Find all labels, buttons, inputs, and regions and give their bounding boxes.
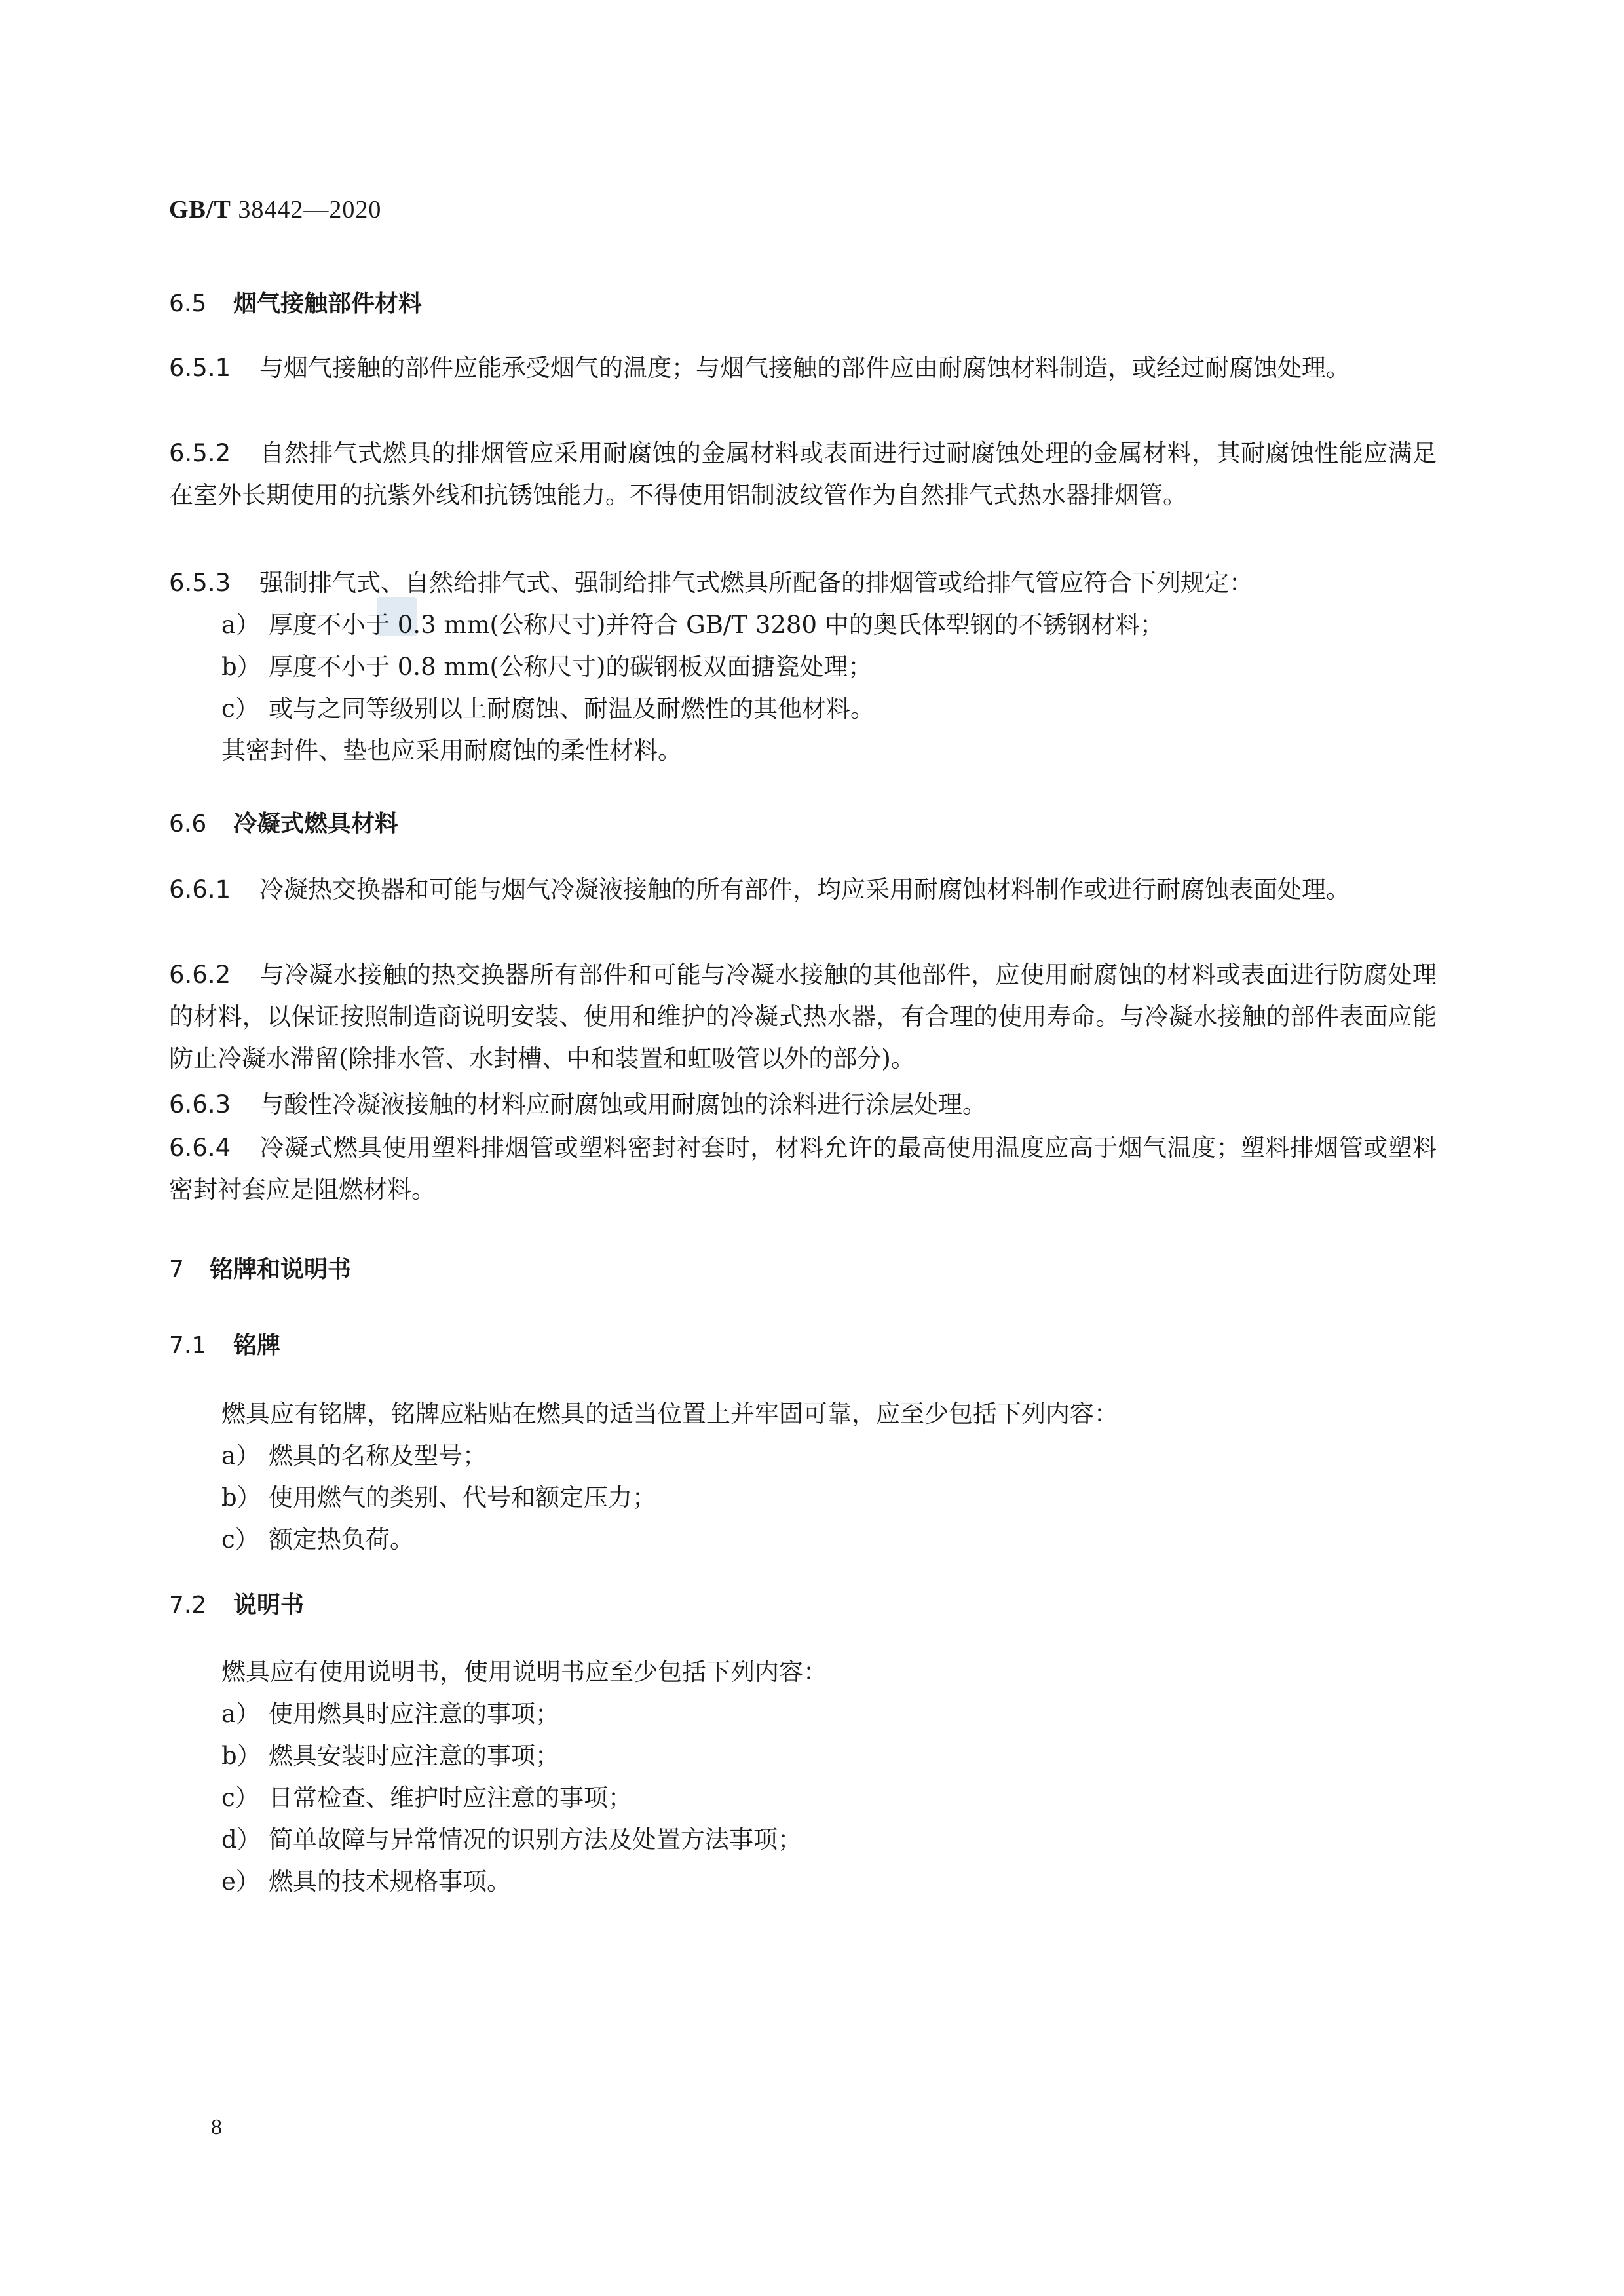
clause-6-5-3-text: 6.5.3强制排气式、自然给排气式、强制给排气式燃具所配备的排烟管或给排气管应符… (169, 562, 1437, 604)
list-item: e）燃具的技术规格事项。 (169, 1861, 1437, 1903)
section-heading-6-5: 6.5烟气接触部件材料 (169, 283, 1437, 325)
section-7-2-intro: 燃具应有使用说明书，使用说明书应至少包括下列内容： (169, 1651, 1437, 1693)
clause-6-5-2: 6.5.2自然排气式燃具的排烟管应采用耐腐蚀的金属材料或表面进行过耐腐蚀处理的金… (169, 432, 1437, 516)
clause-6-5-3: 6.5.3强制排气式、自然给排气式、强制给排气式燃具所配备的排烟管或给排气管应符… (169, 562, 1437, 772)
clause-6-6-4: 6.6.4冷凝式燃具使用塑料排烟管或塑料密封衬套时，材料允许的最高使用温度应高于… (169, 1127, 1437, 1211)
clause-6-5-3-note: 其密封件、垫也应采用耐腐蚀的柔性材料。 (169, 730, 1437, 772)
list-item: b）厚度不小于 0.8 mm(公称尺寸)的碳钢板双面搪瓷处理； (169, 646, 1437, 688)
section-heading-6-6: 6.6冷凝式燃具材料 (169, 803, 1437, 845)
list-item: c）日常检查、维护时应注意的事项； (169, 1777, 1437, 1819)
section-heading-7: 7铭牌和说明书 (169, 1249, 1437, 1291)
list-item: c）或与之同等级别以上耐腐蚀、耐温及耐燃性的其他材料。 (169, 688, 1437, 730)
section-7-1-body: 燃具应有铭牌，铭牌应粘贴在燃具的适当位置上并牢固可靠，应至少包括下列内容： a）… (169, 1393, 1437, 1561)
clause-6-6-3: 6.6.3与酸性冷凝液接触的材料应耐腐蚀或用耐腐蚀的涂料进行涂层处理。 (169, 1084, 1437, 1126)
standard-code: GB/T 38442—2020 (169, 195, 381, 224)
list-item: d）简单故障与异常情况的识别方法及处置方法事项； (169, 1819, 1437, 1861)
page-number: 8 (211, 2115, 222, 2140)
section-heading-7-1: 7.1铭牌 (169, 1325, 1437, 1367)
section-7-1-intro: 燃具应有铭牌，铭牌应粘贴在燃具的适当位置上并牢固可靠，应至少包括下列内容： (169, 1393, 1437, 1435)
list-item: a）厚度不小于 0.3 mm(公称尺寸)并符合 GB/T 3280 中的奥氏体型… (169, 604, 1437, 646)
standard-code-prefix: GB/T (169, 196, 231, 223)
clause-6-5-1: 6.5.1与烟气接触的部件应能承受烟气的温度；与烟气接触的部件应由耐腐蚀材料制造… (169, 347, 1437, 389)
list-item: a）使用燃具时应注意的事项； (169, 1693, 1437, 1735)
clause-6-6-1: 6.6.1冷凝热交换器和可能与烟气冷凝液接触的所有部件，均应采用耐腐蚀材料制作或… (169, 869, 1437, 911)
standard-code-number: 38442—2020 (238, 196, 381, 223)
list-item: b）使用燃气的类别、代号和额定压力； (169, 1477, 1437, 1519)
list-item: b）燃具安装时应注意的事项； (169, 1735, 1437, 1777)
list-item: c）额定热负荷。 (169, 1519, 1437, 1561)
list-item: a）燃具的名称及型号； (169, 1435, 1437, 1477)
clause-6-6-2: 6.6.2与冷凝水接触的热交换器所有部件和可能与冷凝水接触的其他部件，应使用耐腐… (169, 954, 1437, 1080)
document-page: GB/T 38442—2020 6.5烟气接触部件材料 6.5.1与烟气接触的部… (0, 0, 1624, 2296)
section-7-2-body: 燃具应有使用说明书，使用说明书应至少包括下列内容： a）使用燃具时应注意的事项；… (169, 1651, 1437, 1903)
section-heading-7-2: 7.2说明书 (169, 1584, 1437, 1626)
